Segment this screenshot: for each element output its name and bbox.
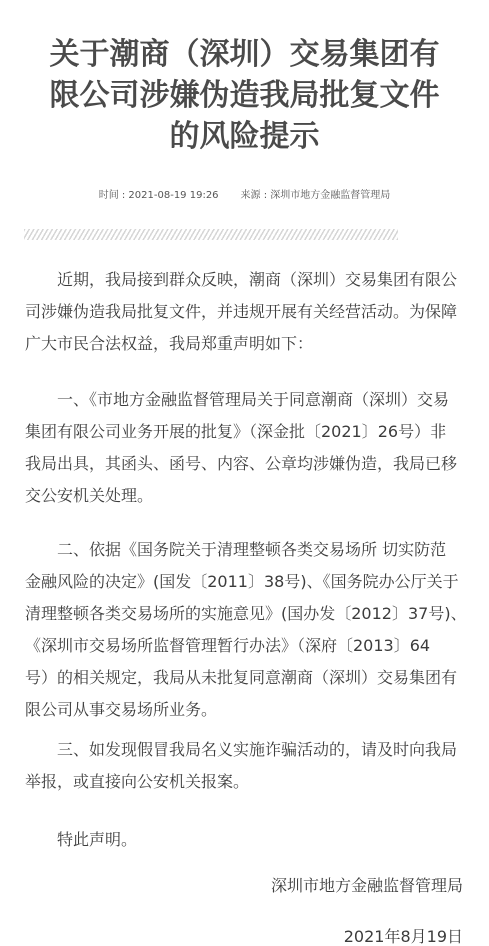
title-line: 限公司涉嫌伪造我局批复文件 [20,75,469,116]
article-meta: 时间 : 2021-08-19 19:26来源 : 深圳市地方金融监督管理局 [0,186,489,201]
paragraph-line: 广大市民合法权益，我局郑重声明如下： [25,328,465,360]
paragraph-line: 三、如发现假冒我局名义实施诈骗活动的，请及时向我局 [25,734,465,766]
title-line: 的风险提示 [20,116,469,157]
paragraph-line: 司涉嫌伪造我局批复文件，并违规开展有关经营活动。为保障 [25,296,465,328]
hatched-divider [24,229,398,240]
paragraph-line: 金融风险的决定》(国发〔2011〕38号)、《国务院办公厅关于 [25,566,465,598]
paragraph-closing: 特此声明。 [25,824,465,856]
paragraph-line: 举报，或直接向公安机关报案。 [25,766,465,798]
paragraph-line: 限公司从事交易场所业务。 [25,694,465,726]
paragraph-line: 清理整顿各类交易场所的实施意见》(国办发〔2012〕37号)、 [25,598,465,630]
paragraph-line: 我局出具，其函头、函号、内容、公章均涉嫌伪造，我局已移 [25,448,465,480]
paragraph-point-two: 二、依据《国务院关于清理整顿各类交易场所 切实防范 金融风险的决定》(国发〔20… [25,534,465,726]
paragraph-line: 特此声明。 [25,824,465,856]
paragraph-line: 交公安机关处理。 [25,480,465,512]
paragraph-line: 近期，我局接到群众反映，潮商（深圳）交易集团有限公 [25,264,465,296]
article-title: 关于潮商（深圳）交易集团有 限公司涉嫌伪造我局批复文件 的风险提示 [20,34,469,157]
title-line: 关于潮商（深圳）交易集团有 [20,34,469,75]
signature-date: 2021年8月19日 [344,924,463,946]
paragraph-line: 二、依据《国务院关于清理整顿各类交易场所 切实防范 [25,534,465,566]
paragraph-intro: 近期，我局接到群众反映，潮商（深圳）交易集团有限公 司涉嫌伪造我局批复文件，并违… [25,264,465,360]
paragraph-line: 号）的相关规定，我局从未批复同意潮商（深圳）交易集团有 [25,662,465,694]
publish-time: 时间 : 2021-08-19 19:26 [99,190,219,201]
article-source: 来源 : 深圳市地方金融监督管理局 [241,190,391,201]
signature-organization: 深圳市地方金融监督管理局 [271,873,463,896]
paragraph-line: 《深圳市交易场所监督管理暂行办法》（深府〔2013〕64 [25,630,465,662]
paragraph-point-one: 一、《市地方金融监督管理局关于同意潮商（深圳）交易 集团有限公司业务开展的批复》… [25,384,465,512]
paragraph-point-three: 三、如发现假冒我局名义实施诈骗活动的，请及时向我局 举报，或直接向公安机关报案。 [25,734,465,798]
paragraph-line: 集团有限公司业务开展的批复》（深金批〔2021〕26号）非 [25,416,465,448]
paragraph-line: 一、《市地方金融监督管理局关于同意潮商（深圳）交易 [25,384,465,416]
article-page: 关于潮商（深圳）交易集团有 限公司涉嫌伪造我局批复文件 的风险提示 时间 : 2… [0,0,489,946]
